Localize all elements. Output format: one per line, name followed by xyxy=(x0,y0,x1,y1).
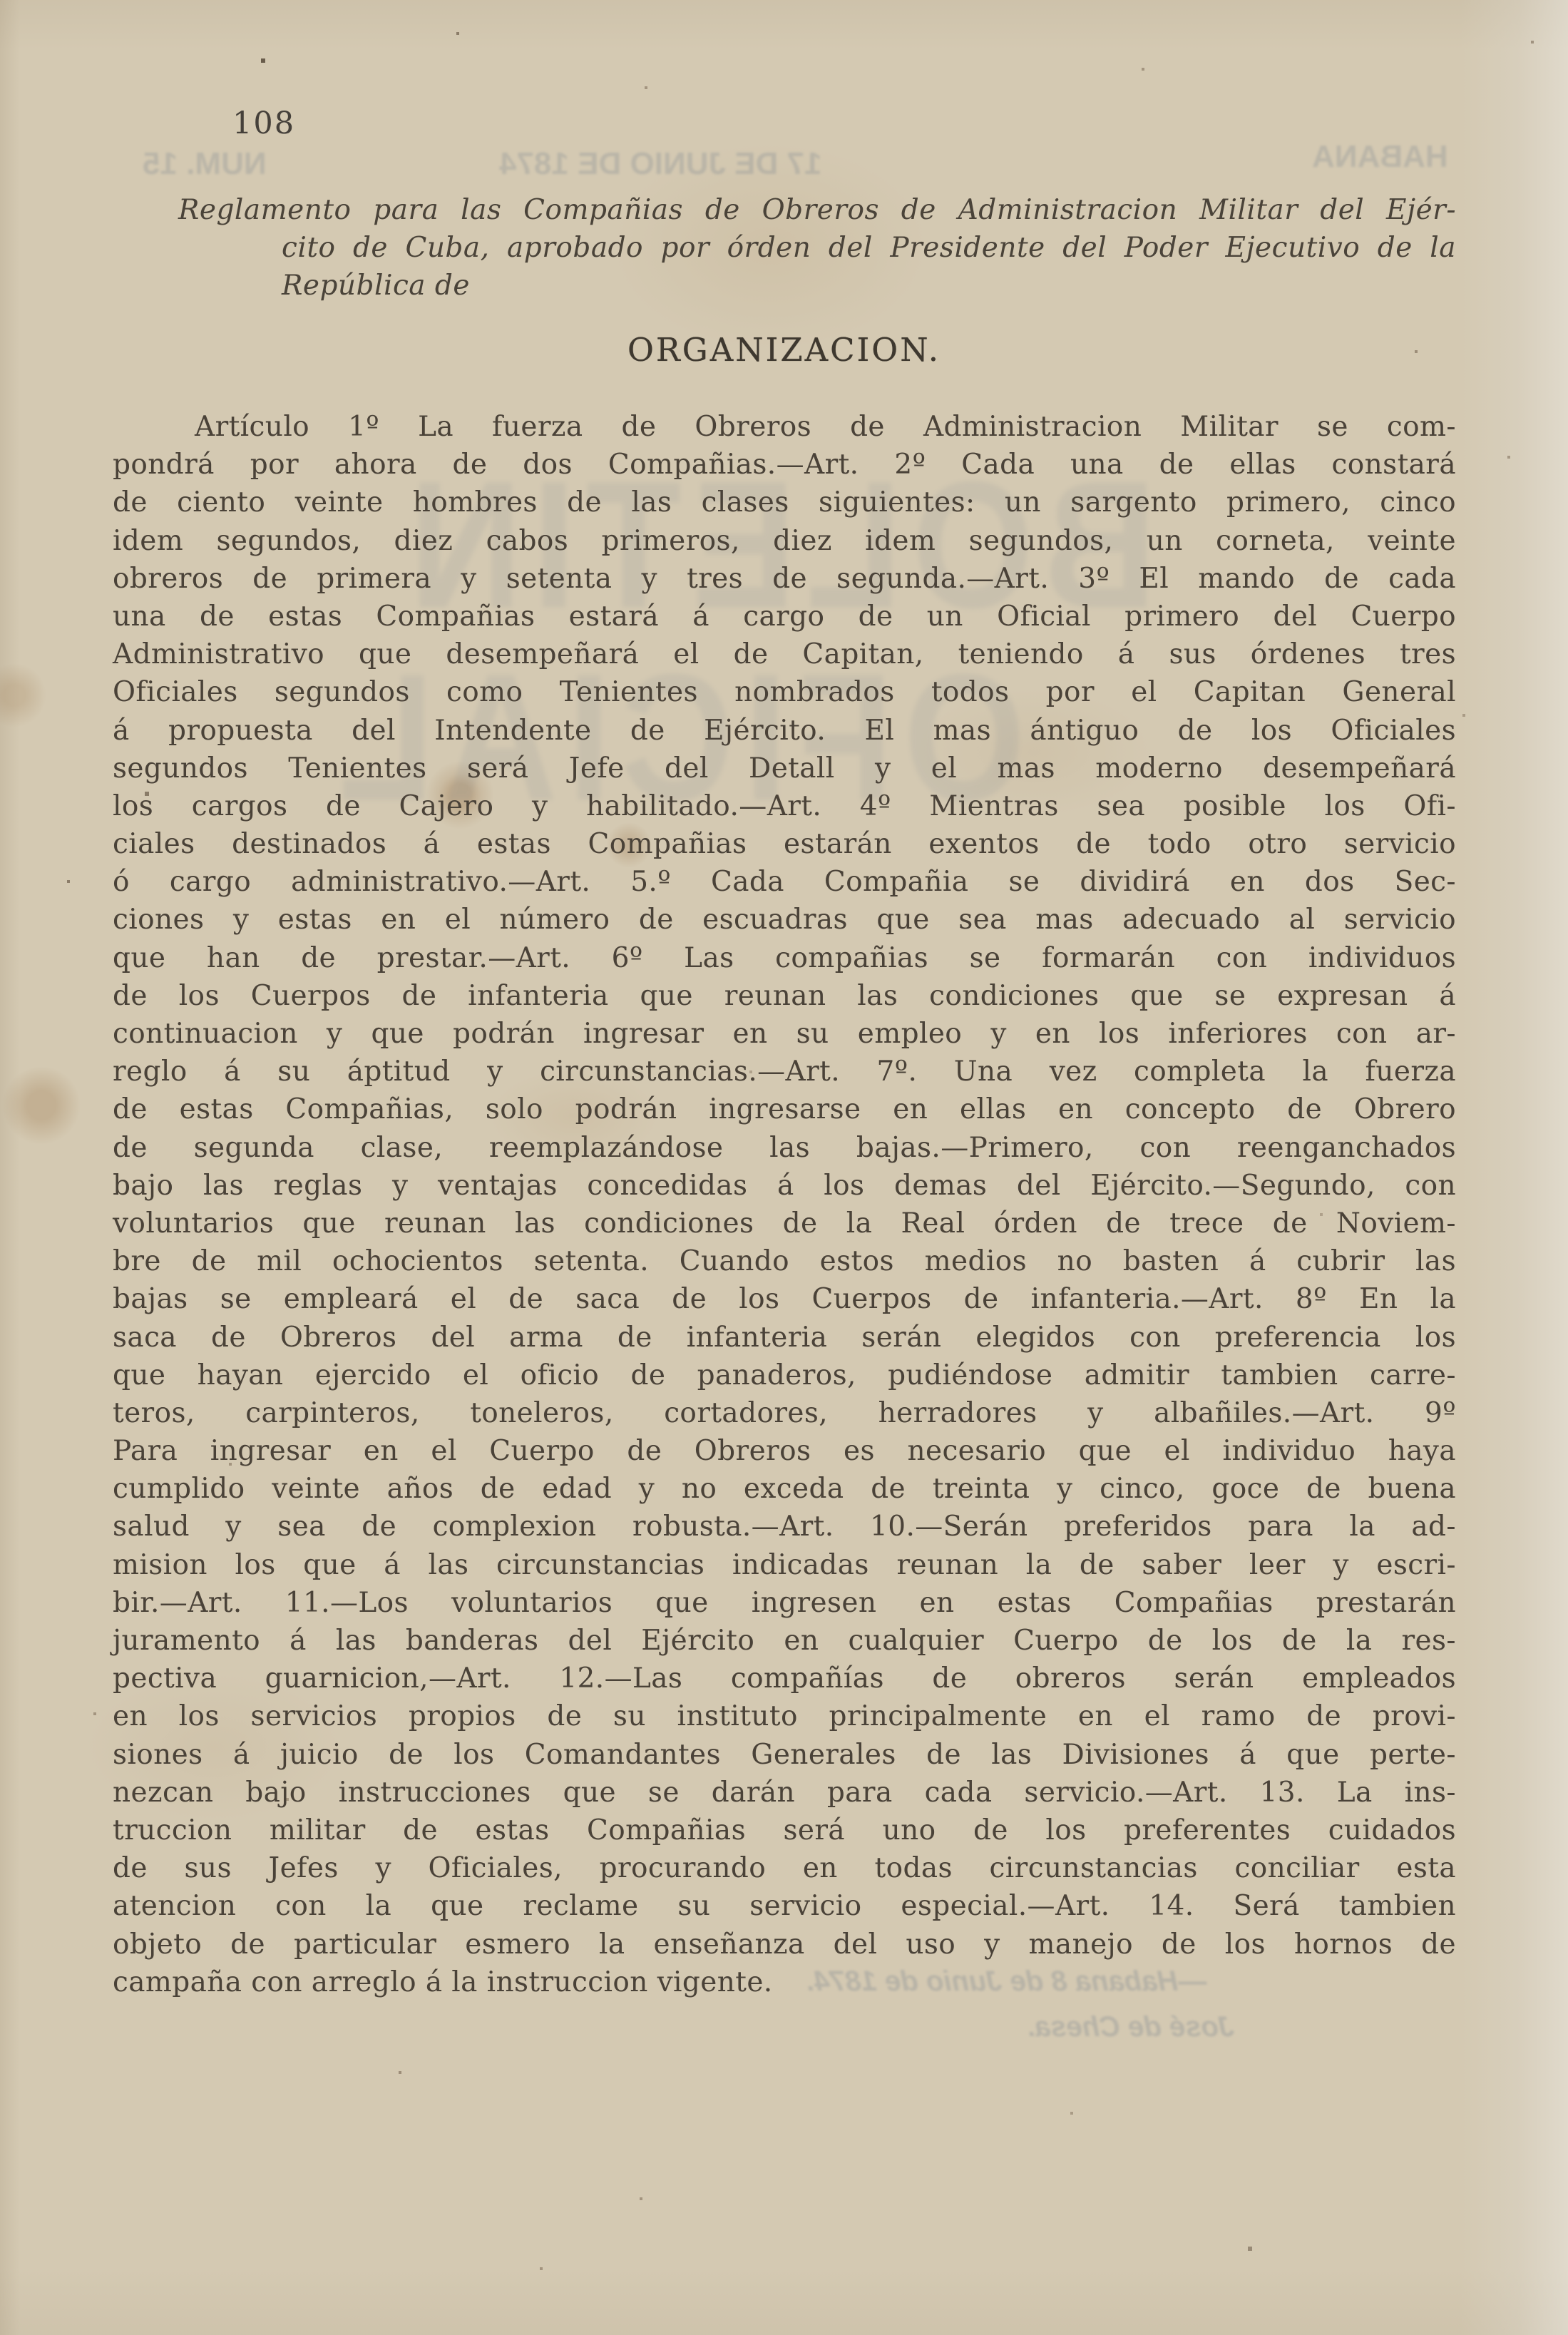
body-line: los cargos de Cajero y habilitado.—Art. … xyxy=(113,787,1456,825)
body-line: de sus Jefes y Oficiales, procurando en … xyxy=(113,1849,1456,1887)
body-line: Para ingresar en el Cuerpo de Obreros es… xyxy=(113,1432,1456,1470)
body-line: á propuesta del Intendente de Ejército. … xyxy=(113,712,1456,750)
body-line: saca de Obreros del arma de infanteria s… xyxy=(113,1319,1456,1356)
body-line: ciones y estas en el número de escuadras… xyxy=(113,901,1456,939)
body-line: teros, carpinteros, toneleros, cortadore… xyxy=(113,1394,1456,1432)
body-line: Artículo 1º La fuerza de Obreros de Admi… xyxy=(113,408,1456,446)
body-line: de estas Compañias, solo podrán ingresar… xyxy=(113,1090,1456,1128)
body-line: de ciento veinte hombres de las clases s… xyxy=(113,484,1456,521)
heading-line: Reglamento para las Compañias de Obreros… xyxy=(178,191,1456,229)
body-line: pondrá por ahora de dos Compañias.—Art. … xyxy=(113,446,1456,484)
page-number: 108 xyxy=(232,106,295,141)
body-line: segundos Tenientes será Jefe del Detall … xyxy=(113,750,1456,787)
body-line: que han de prestar.—Art. 6º Las compañia… xyxy=(113,939,1456,977)
body-line: bajas se empleará el de saca de los Cuer… xyxy=(113,1280,1456,1318)
body-line: truccion militar de estas Compañias será… xyxy=(113,1812,1456,1849)
heading-line: República de xyxy=(282,267,1456,305)
body-line: bir.—Art. 11.—Los voluntarios que ingres… xyxy=(113,1584,1456,1622)
body-line: obreros de primera y setenta y tres de s… xyxy=(113,560,1456,598)
body-line: juramento á las banderas del Ejército en… xyxy=(113,1622,1456,1660)
body-line: objeto de particular esmero la enseñanza… xyxy=(113,1926,1456,1963)
body-line: Oficiales segundos como Tenientes nombra… xyxy=(113,673,1456,711)
body-line: ó cargo administrativo.—Art. 5.º Cada Co… xyxy=(113,863,1456,901)
document-page: NUM. 15 17 DE JUNIO DE 1874 HABANA BOLET… xyxy=(0,0,1568,2335)
body-line: atencion con la que reclame su servicio … xyxy=(113,1887,1456,1925)
body-line: ciales destinados á estas Compañias esta… xyxy=(113,825,1456,863)
body-paragraph: Artículo 1º La fuerza de Obreros de Admi… xyxy=(113,408,1456,2001)
body-line: idem segundos, diez cabos primeros, diez… xyxy=(113,522,1456,560)
bleed-through-masthead-right: HABANA xyxy=(1312,139,1448,175)
body-line: en los servicios propios de su instituto… xyxy=(113,1697,1456,1735)
heading-line: cito de Cuba, aprobado por órden del Pre… xyxy=(282,229,1456,267)
body-line: bajo las reglas y ventajas concedidas á … xyxy=(113,1167,1456,1205)
bleed-through-masthead-date: 17 DE JUNIO DE 1874 xyxy=(499,146,821,182)
body-line: de segunda clase, reemplazándose las baj… xyxy=(113,1129,1456,1167)
body-line: pectiva guarnicion,—Art. 12.—Las compañí… xyxy=(113,1660,1456,1697)
paper-specks xyxy=(0,0,1,1)
body-line: cumplido veinte años de edad y no exceda… xyxy=(113,1470,1456,1508)
bleed-through-masthead-left: NUM. 15 xyxy=(143,146,267,182)
body-line: que hayan ejercido el oficio de panadero… xyxy=(113,1356,1456,1394)
body-line: de los Cuerpos de infanteria que reunan … xyxy=(113,977,1456,1015)
body-line: bre de mil ochocientos setenta. Cuando e… xyxy=(113,1242,1456,1280)
body-line: Administrativo que desempeñará el de Cap… xyxy=(113,635,1456,673)
body-line: campaña con arreglo á la instruccion vig… xyxy=(113,1963,1456,2001)
body-line: siones á juicio de los Comandantes Gener… xyxy=(113,1736,1456,1774)
body-line: voluntarios que reunan las condiciones d… xyxy=(113,1205,1456,1242)
body-line: nezcan bajo instrucciones que se darán p… xyxy=(113,1774,1456,1812)
section-title: ORGANIZACION. xyxy=(0,331,1568,369)
body-line: continuacion y que podrán ingresar en su… xyxy=(113,1015,1456,1053)
body-line: reglo á su áptitud y circunstancias.—Art… xyxy=(113,1053,1456,1090)
body-line: una de estas Compañias estará á cargo de… xyxy=(113,598,1456,635)
document-heading: Reglamento para las Compañias de Obreros… xyxy=(113,191,1456,305)
body-line: mision los que á las circunstancias indi… xyxy=(113,1546,1456,1584)
bleed-through-footer-line2: José de Chesa. xyxy=(1027,2011,1234,2043)
body-line: salud y sea de complexion robusta.—Art. … xyxy=(113,1508,1456,1545)
